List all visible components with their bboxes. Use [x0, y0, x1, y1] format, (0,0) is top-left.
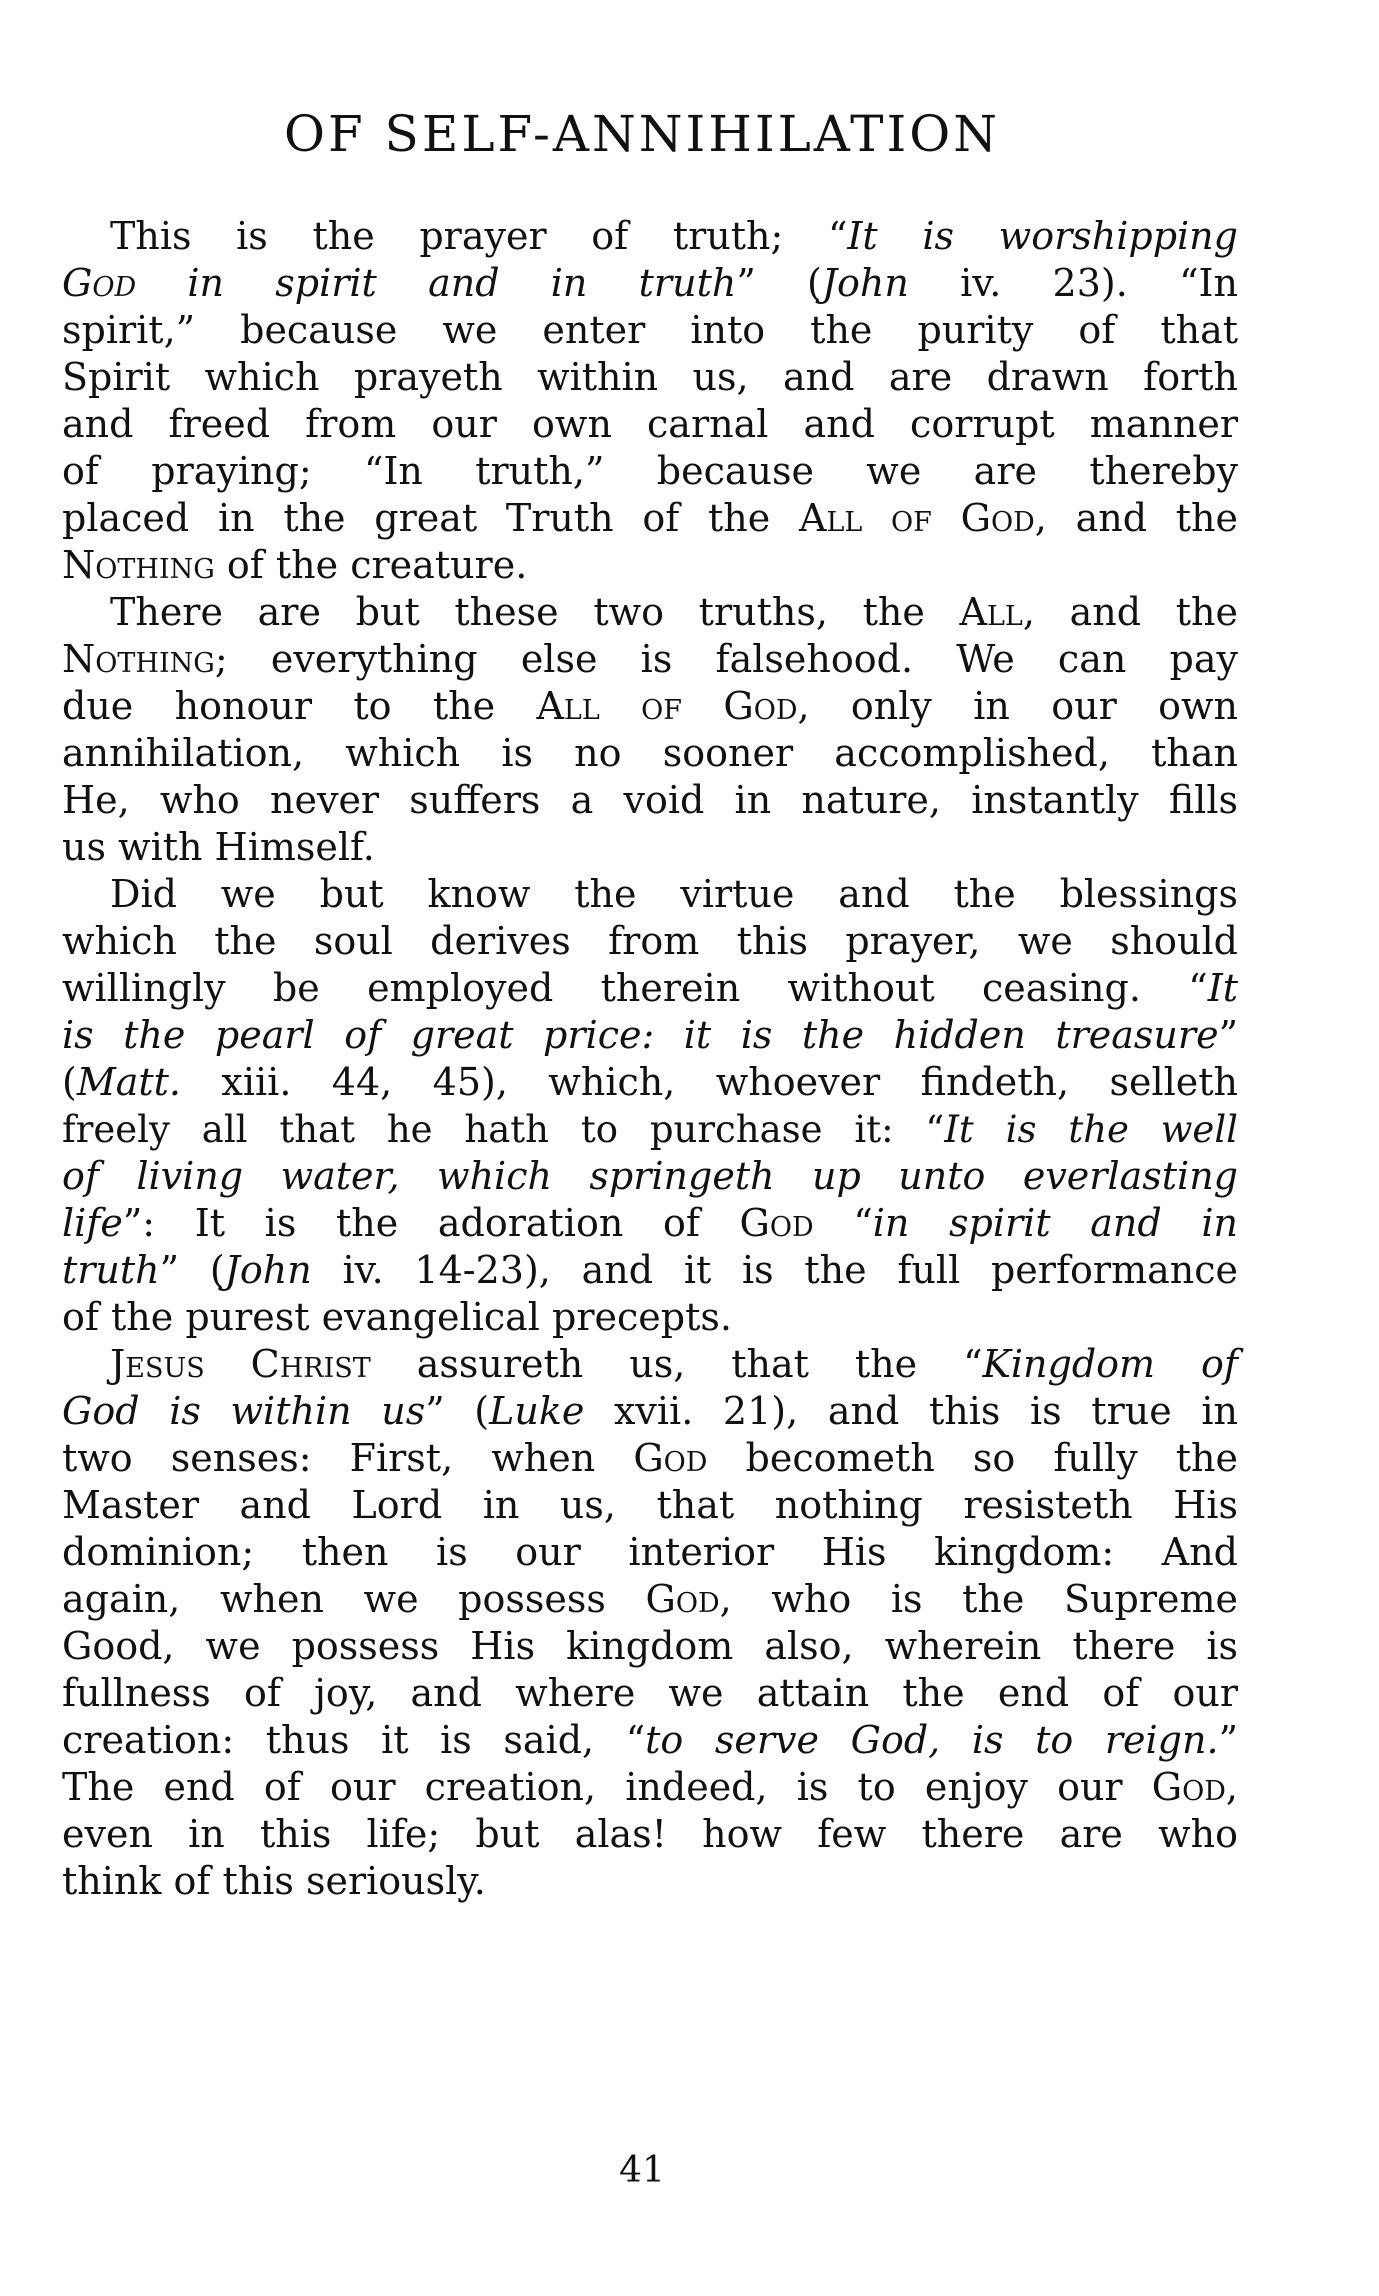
text-segment: and freed from our own carnal and corrup…	[62, 402, 1238, 446]
text-segment: ” (	[425, 1389, 489, 1433]
text-segment: (	[62, 1060, 77, 1104]
text-line: life”: It is the adoration of God “in sp…	[62, 1200, 1238, 1247]
text-segment: life	[62, 1201, 123, 1245]
text-line: spirit,” because we enter into the purit…	[62, 307, 1238, 354]
text-segment: Matt.	[77, 1060, 181, 1104]
text-segment: Master and Lord in us, that nothing resi…	[62, 1483, 1238, 1527]
text-line: which the soul derives from this prayer,…	[62, 918, 1238, 965]
text-segment: truth	[62, 1248, 160, 1292]
text-segment: , and the	[1023, 590, 1238, 634]
text-segment: again, when we possess	[62, 1577, 646, 1621]
text-segment: Nothing	[62, 637, 215, 681]
text-line: fullness of joy, and where we attain the…	[62, 1670, 1238, 1717]
text-segment: It is worshipping	[847, 214, 1238, 258]
text-segment: dominion; then is our interior His kingd…	[62, 1530, 1238, 1574]
text-segment: All of God	[799, 496, 1035, 540]
text-segment: ” (	[160, 1248, 225, 1292]
text-segment: assureth us, that the “	[371, 1342, 983, 1386]
text-segment: God	[633, 1436, 707, 1480]
text-line: of the purest evangelical precepts.	[62, 1294, 1238, 1341]
text-segment: , and the	[1035, 496, 1238, 540]
text-segment: It	[1208, 966, 1238, 1010]
text-segment: which the soul derives from this prayer,…	[62, 919, 1238, 963]
paragraph: There are but these two truths, the All,…	[62, 589, 1238, 871]
text-segment: of the purest evangelical precepts.	[62, 1295, 732, 1339]
text-segment: in spirit and in truth	[136, 261, 736, 305]
text-segment: God	[62, 261, 136, 305]
text-segment: iv. 14-23), and it is the full performan…	[312, 1248, 1238, 1292]
text-line: is the pearl of great price: it is the h…	[62, 1012, 1238, 1059]
text-segment: xvii. 21), and this is true in	[584, 1389, 1238, 1433]
text-line: There are but these two truths, the All,…	[62, 589, 1238, 636]
text-segment: He, who never suffers a void in nature, …	[62, 778, 1238, 822]
text-segment: Spirit which prayeth within us, and are …	[62, 355, 1238, 399]
text-segment: ”: It is the adoration of	[123, 1201, 740, 1245]
text-segment: John	[225, 1248, 312, 1292]
text-line: even in this life; but alas! how few the…	[62, 1811, 1238, 1858]
text-segment: creation: thus it is said, “	[62, 1718, 645, 1762]
text-segment: The end of our creation, indeed, is to e…	[62, 1765, 1152, 1809]
paragraph: Did we but know the virtue and the bless…	[62, 871, 1238, 1341]
text-segment: ,	[1226, 1765, 1238, 1809]
text-segment: to serve God, is to reign.	[645, 1718, 1218, 1762]
text-line: truth” (John iv. 14-23), and it is the f…	[62, 1247, 1238, 1294]
text-segment: Kingdom of	[983, 1342, 1238, 1386]
text-segment: ; everything else is falsehood. We can p…	[215, 637, 1238, 681]
text-segment: is the pearl of great price: it is the h…	[62, 1013, 1219, 1057]
text-line: He, who never suffers a void in nature, …	[62, 777, 1238, 824]
text-segment: due honour to the	[62, 684, 536, 728]
text-segment: Luke	[489, 1389, 584, 1433]
text-line: Nothing of the creature.	[62, 542, 1238, 589]
text-line: willingly be employed therein without ce…	[62, 965, 1238, 1012]
text-segment: All of God	[536, 684, 797, 728]
text-segment: think of this seriously.	[62, 1859, 486, 1903]
text-line: Master and Lord in us, that nothing resi…	[62, 1482, 1238, 1529]
paragraph: Jesus Christ assureth us, that the “King…	[62, 1341, 1238, 1905]
text-line: of living water, which springeth up unto…	[62, 1153, 1238, 1200]
text-line: again, when we possess God, who is the S…	[62, 1576, 1238, 1623]
text-segment: us with Himself.	[62, 825, 375, 869]
text-segment: two senses: First, when	[62, 1436, 633, 1480]
body-text: This is the prayer of truth; “It is wors…	[62, 213, 1238, 1905]
text-segment: Did we but know the virtue and the bless…	[110, 872, 1238, 916]
text-segment: willingly be employed therein without ce…	[62, 966, 1208, 1010]
text-segment: spirit,” because we enter into the purit…	[62, 308, 1238, 352]
text-line: creation: thus it is said, “to serve God…	[62, 1717, 1238, 1764]
text-line: due honour to the All of God, only in ou…	[62, 683, 1238, 730]
text-line: of praying; “In truth,” because we are t…	[62, 448, 1238, 495]
text-segment: placed in the great Truth of the	[62, 496, 799, 540]
text-segment: Jesus Christ	[110, 1342, 371, 1386]
text-segment: becometh so fully the	[707, 1436, 1238, 1480]
text-line: God is within us” (Luke xvii. 21), and t…	[62, 1388, 1238, 1435]
text-segment: even in this life; but alas! how few the…	[62, 1812, 1238, 1856]
text-segment: ”	[1219, 1718, 1238, 1762]
text-segment: Good, we possess His kingdom also, where…	[62, 1624, 1238, 1668]
text-line: placed in the great Truth of the All of …	[62, 495, 1238, 542]
text-segment: , who is the Supreme	[720, 1577, 1238, 1621]
text-line: dominion; then is our interior His kingd…	[62, 1529, 1238, 1576]
text-segment: iv. 23). “In	[909, 261, 1238, 305]
text-segment: ”	[1219, 1013, 1238, 1057]
text-line: God in spirit and in truth” (John iv. 23…	[62, 260, 1238, 307]
page-number: 41	[612, 2146, 672, 2196]
text-segment: of praying; “In truth,” because we are t…	[62, 449, 1238, 493]
text-line: Spirit which prayeth within us, and are …	[62, 354, 1238, 401]
text-segment: ” (	[736, 261, 822, 305]
text-segment: God	[646, 1577, 720, 1621]
text-line: This is the prayer of truth; “It is wors…	[62, 213, 1238, 260]
paragraph: This is the prayer of truth; “It is wors…	[62, 213, 1238, 589]
text-line: and freed from our own carnal and corrup…	[62, 401, 1238, 448]
text-segment: God is within us	[62, 1389, 425, 1433]
text-segment: God	[1152, 1765, 1226, 1809]
text-segment: in spirit and in	[873, 1201, 1238, 1245]
text-segment: “	[814, 1201, 873, 1245]
text-line: Good, we possess His kingdom also, where…	[62, 1623, 1238, 1670]
text-line: annihilation, which is no sooner accompl…	[62, 730, 1238, 777]
text-line: think of this seriously.	[62, 1858, 1238, 1905]
text-segment: annihilation, which is no sooner accompl…	[62, 731, 1238, 775]
text-segment: John	[822, 261, 909, 305]
text-line: The end of our creation, indeed, is to e…	[62, 1764, 1238, 1811]
chapter-title: OF SELF-ANNIHILATION	[244, 104, 1040, 164]
text-segment: fullness of joy, and where we attain the…	[62, 1671, 1238, 1715]
text-segment: of living water, which springeth up unto…	[62, 1154, 1238, 1198]
text-line: two senses: First, when God becometh so …	[62, 1435, 1238, 1482]
text-segment: freely all that he hath to purchase it: …	[62, 1108, 944, 1151]
text-line: freely all that he hath to purchase it: …	[62, 1106, 1238, 1153]
text-segment: God	[740, 1201, 814, 1245]
text-segment: It is the well	[944, 1108, 1238, 1151]
text-segment: Nothing	[62, 543, 215, 587]
text-line: us with Himself.	[62, 824, 1238, 871]
text-line: Jesus Christ assureth us, that the “King…	[62, 1341, 1238, 1388]
text-segment: This is the prayer of truth; “	[110, 214, 847, 258]
text-segment: , only in our own	[797, 684, 1238, 728]
text-segment: All	[960, 590, 1023, 634]
text-line: (Matt. xiii. 44, 45), which, whoever fin…	[62, 1059, 1238, 1106]
text-segment: xiii. 44, 45), which, whoever findeth, s…	[181, 1060, 1238, 1104]
text-line: Nothing; everything else is falsehood. W…	[62, 636, 1238, 683]
book-page: OF SELF-ANNIHILATION This is the prayer …	[0, 0, 1379, 2296]
text-segment: of the creature.	[215, 543, 527, 587]
text-segment: There are but these two truths, the	[110, 590, 960, 634]
text-line: Did we but know the virtue and the bless…	[62, 871, 1238, 918]
